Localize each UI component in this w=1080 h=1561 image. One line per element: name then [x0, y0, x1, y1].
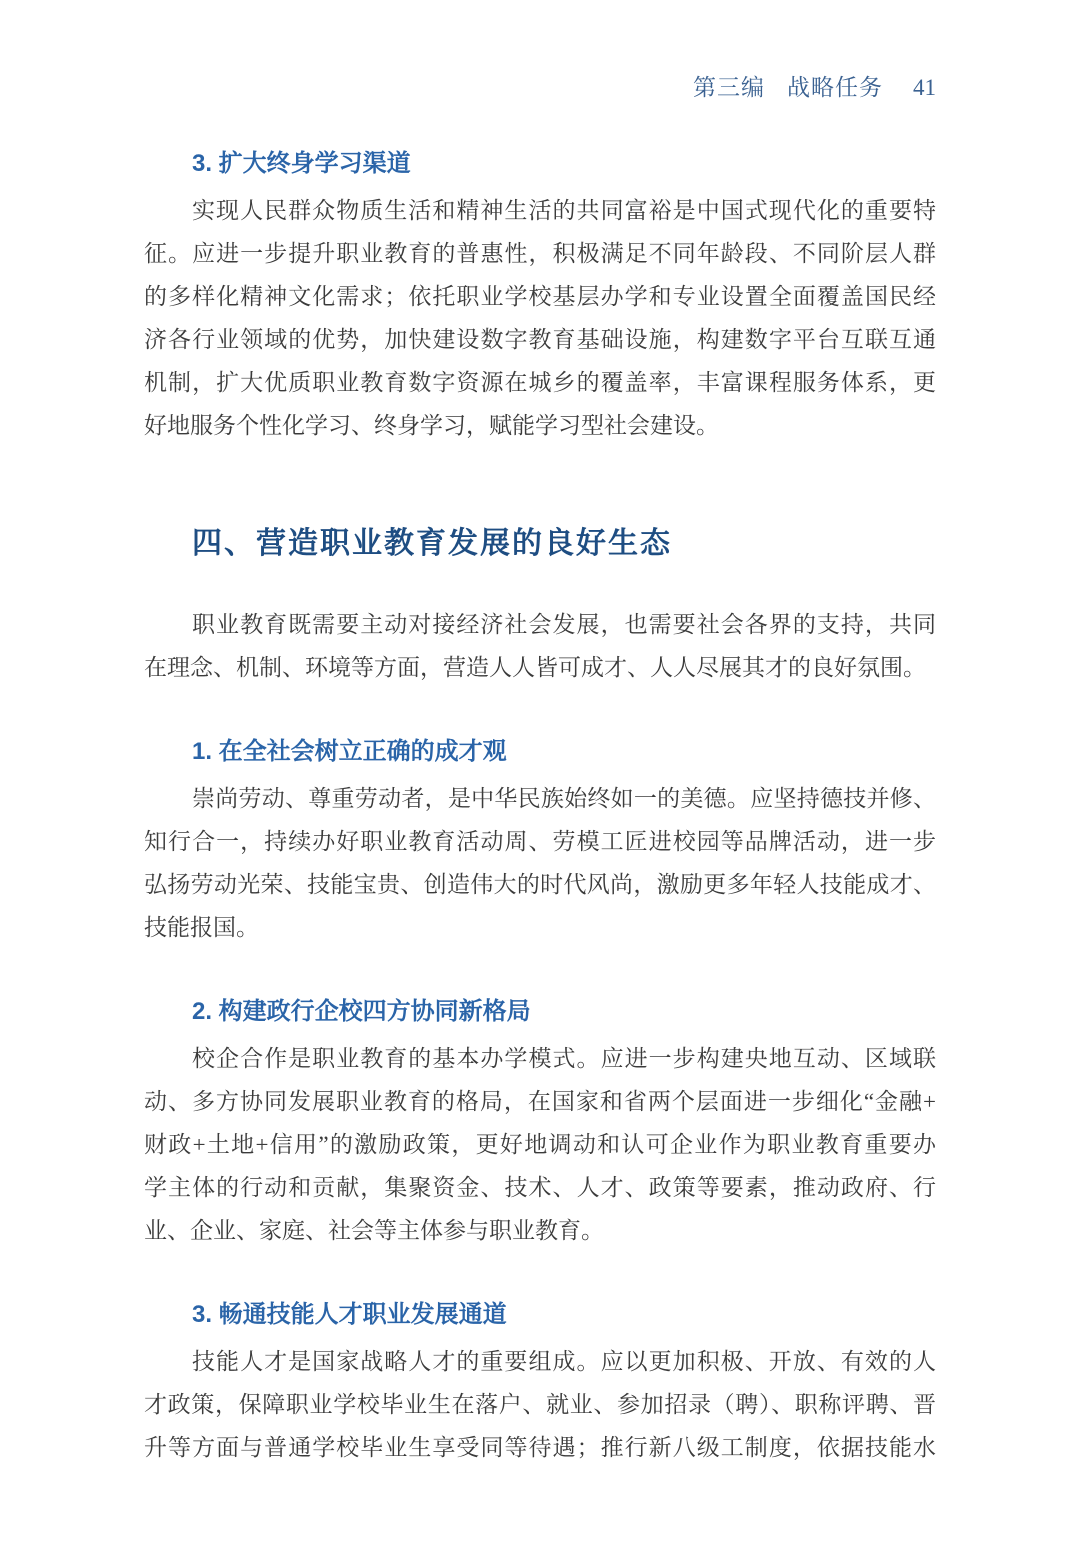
text-line: 学主体的行动和贡献，集聚资金、技术、人才、政策等要素，推动政府、行	[144, 1166, 936, 1209]
paragraph: 校企合作是职业教育的基本办学模式。应进一步构建央地互动、区域联动、多方协同发展职…	[144, 1037, 936, 1252]
text-line: 职业教育既需要主动对接经济社会发展，也需要社会各界的支持，共同	[144, 603, 936, 646]
subheading: 3. 扩大终身学习渠道	[144, 147, 936, 181]
paragraph: 实现人民群众物质生活和精神生活的共同富裕是中国式现代化的重要特征。应进一步提升职…	[144, 189, 936, 447]
text-line: 财政+土地+信用”的激励政策，更好地调动和认可企业作为职业教育重要办	[144, 1123, 936, 1166]
text-line: 征。应进一步提升职业教育的普惠性，积极满足不同年龄段、不同阶层人群	[144, 232, 936, 275]
header-page-number: 41	[913, 75, 936, 100]
text-line: 崇尚劳动、尊重劳动者，是中华民族始终如一的美德。应坚持德技并修、	[144, 777, 936, 820]
text-line: 升等方面与普通学校毕业生享受同等待遇；推行新八级工制度，依据技能水	[144, 1426, 936, 1469]
subheading: 1. 在全社会树立正确的成才观	[144, 735, 936, 769]
text-line: 技能报国。	[144, 906, 936, 949]
page-content: 3. 扩大终身学习渠道实现人民群众物质生活和精神生活的共同富裕是中国式现代化的重…	[144, 147, 936, 1469]
text-line: 知行合一，持续办好职业教育活动周、劳模工匠进校园等品牌活动，进一步	[144, 820, 936, 863]
page-header: 第三编战略任务41	[144, 75, 936, 101]
text-line: 在理念、机制、环境等方面，营造人人皆可成才、人人尽展其才的良好氛围。	[144, 646, 936, 689]
text-line: 好地服务个性化学习、终身学习，赋能学习型社会建设。	[144, 404, 936, 447]
text-line: 校企合作是职业教育的基本办学模式。应进一步构建央地互动、区域联	[144, 1037, 936, 1080]
header-section-label: 第三编	[693, 75, 765, 100]
paragraph: 崇尚劳动、尊重劳动者，是中华民族始终如一的美德。应坚持德技并修、知行合一，持续办…	[144, 777, 936, 949]
header-chapter-label: 战略任务	[787, 75, 883, 100]
chapter-heading: 四、营造职业教育发展的良好生态	[144, 521, 936, 567]
subheading: 2. 构建政行企校四方协同新格局	[144, 995, 936, 1029]
paragraph: 技能人才是国家战略人才的重要组成。应以更加积极、开放、有效的人才政策，保障职业学…	[144, 1340, 936, 1469]
text-line: 动、多方协同发展职业教育的格局，在国家和省两个层面进一步细化“金融+	[144, 1080, 936, 1123]
text-line: 业、企业、家庭、社会等主体参与职业教育。	[144, 1209, 936, 1252]
text-line: 才政策，保障职业学校毕业生在落户、就业、参加招录（聘）、职称评聘、晋	[144, 1383, 936, 1426]
text-line: 的多样化精神文化需求；依托职业学校基层办学和专业设置全面覆盖国民经	[144, 275, 936, 318]
text-line: 弘扬劳动光荣、技能宝贵、创造伟大的时代风尚，激励更多年轻人技能成才、	[144, 863, 936, 906]
subheading: 3. 畅通技能人才职业发展通道	[144, 1298, 936, 1332]
text-line: 实现人民群众物质生活和精神生活的共同富裕是中国式现代化的重要特	[144, 189, 936, 232]
text-line: 济各行业领域的优势，加快建设数字教育基础设施，构建数字平台互联互通	[144, 318, 936, 361]
text-line: 机制，扩大优质职业教育数字资源在城乡的覆盖率，丰富课程服务体系，更	[144, 361, 936, 404]
document-page: 第三编战略任务41 3. 扩大终身学习渠道实现人民群众物质生活和精神生活的共同富…	[0, 0, 1080, 1561]
paragraph: 职业教育既需要主动对接经济社会发展，也需要社会各界的支持，共同在理念、机制、环境…	[144, 603, 936, 689]
text-line: 技能人才是国家战略人才的重要组成。应以更加积极、开放、有效的人	[144, 1340, 936, 1383]
